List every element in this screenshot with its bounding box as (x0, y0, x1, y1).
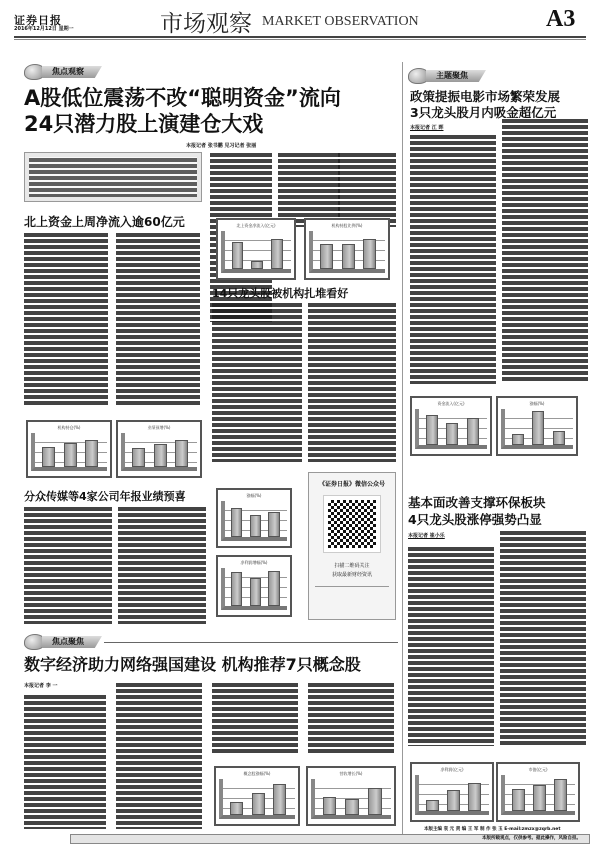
masthead-rule (14, 36, 586, 40)
right-headline-1: 政策提振电影市场繁荣发展 (410, 90, 560, 104)
bar-chart: 机构持仓(%) (26, 420, 112, 478)
issue-date: 2016年12月12日 星期一 (14, 25, 74, 32)
column-divider (402, 62, 403, 842)
chart-title: 涨幅(%) (501, 401, 573, 409)
body-text (502, 118, 588, 383)
subhead-3: 分众传媒等4家公司年报业绩预喜 (24, 488, 186, 504)
bar-chart: 机构持股比例(%) (304, 218, 390, 280)
body-text (24, 232, 108, 407)
qr-caption: 扫描二维码关注 (309, 562, 395, 569)
chart-title: 营收增长(%) (311, 771, 391, 779)
section-title-en: MARKET OBSERVATION (262, 14, 419, 30)
body-text (278, 152, 340, 227)
subhead-1: 北上资金上周净流入逾60亿元 (24, 213, 185, 230)
tag-label: 焦点观察 (42, 66, 102, 78)
chart-title: 资金流入(亿元) (415, 401, 487, 409)
section-tag: 焦点观察 (24, 64, 102, 80)
bottom-headline: 数字经济助力网络强国建设 机构推荐7只概念股 (24, 656, 361, 674)
chart-title: 涨幅(%) (221, 493, 287, 501)
chart-title: 业绩预增(%) (121, 425, 197, 433)
main-headline-2: 24只潜力股上演建仓大戏 (24, 112, 263, 136)
qr-title: 《证券日报》微信公众号 (309, 479, 395, 488)
body-text (308, 302, 396, 462)
body-text (212, 682, 298, 754)
body-text (116, 682, 202, 829)
bar-chart: 北上资金净流入(亿元) (216, 218, 296, 280)
page-credits: 本版主编 袁 元 责 编 王 军 制 作 张 玉 E-mail:zmzx@zqr… (424, 826, 561, 832)
body-text (500, 530, 586, 746)
disclaimer-bar: 本版所载观点，仅供参考。据此操作，风险自担。 (70, 834, 590, 844)
chart-title: 市值(亿元) (501, 767, 575, 775)
body-text (338, 152, 396, 227)
body-text (410, 134, 496, 384)
body-text (118, 506, 206, 624)
bottom-byline: 本报记者 李 一 (24, 682, 57, 689)
qr-code-icon[interactable] (324, 496, 380, 552)
page-number: A3 (546, 6, 575, 33)
chart-title: 概念股涨幅(%) (219, 771, 295, 779)
bar-chart: 营收增长(%) (306, 766, 396, 826)
body-text (408, 546, 494, 746)
body-text (308, 682, 394, 754)
section-rule (104, 642, 398, 643)
tag-label: 主题聚焦 (426, 70, 486, 82)
main-byline: 本报记者 张书鹏 见习记者 张丽 (186, 142, 256, 149)
right-mid-byline: 本报记者 崔小乐 (408, 532, 445, 539)
bar-chart: 涨幅(%) (496, 396, 578, 456)
qr-caption: 获取最新财经资讯 (309, 571, 395, 578)
main-headline-1: A股低位震荡不改“聪明资金”流向 (24, 86, 394, 110)
subhead-2: 14只龙头股被机构扎堆看好 (212, 285, 348, 301)
section-tag: 焦点聚焦 (24, 634, 102, 650)
bar-chart: 资金流入(亿元) (410, 396, 492, 456)
chart-title: 净利润(亿元) (415, 767, 489, 775)
bar-chart: 净利润增幅(%) (216, 555, 292, 617)
wechat-qr-box: 《证券日报》微信公众号 扫描二维码关注 获取最新财经资讯 (308, 472, 396, 620)
lead-summary-box (24, 152, 202, 202)
chart-title: 净利润增幅(%) (221, 560, 287, 568)
chart-title: 机构持仓(%) (31, 425, 107, 433)
body-text (212, 302, 302, 462)
right-mid-headline-2: 4只龙头股涨停强势凸显 (408, 513, 542, 527)
bar-chart: 业绩预增(%) (116, 420, 202, 478)
bar-chart: 市值(亿元) (496, 762, 580, 822)
right-byline: 本报记者 江 晖 (410, 124, 443, 131)
right-mid-headline-1: 基本面改善支撑环保板块 (408, 496, 546, 510)
bar-chart: 净利润(亿元) (410, 762, 494, 822)
section-title: 市场观察 (160, 5, 252, 38)
tag-label: 焦点聚焦 (42, 636, 102, 648)
body-text (24, 506, 112, 624)
body-text (24, 694, 106, 829)
body-text (116, 232, 200, 407)
bar-chart: 涨幅(%) (216, 488, 292, 548)
bar-chart: 概念股涨幅(%) (214, 766, 300, 826)
chart-title: 北上资金净流入(亿元) (221, 223, 291, 231)
chart-title: 机构持股比例(%) (309, 223, 385, 231)
section-tag: 主题聚焦 (408, 68, 486, 84)
